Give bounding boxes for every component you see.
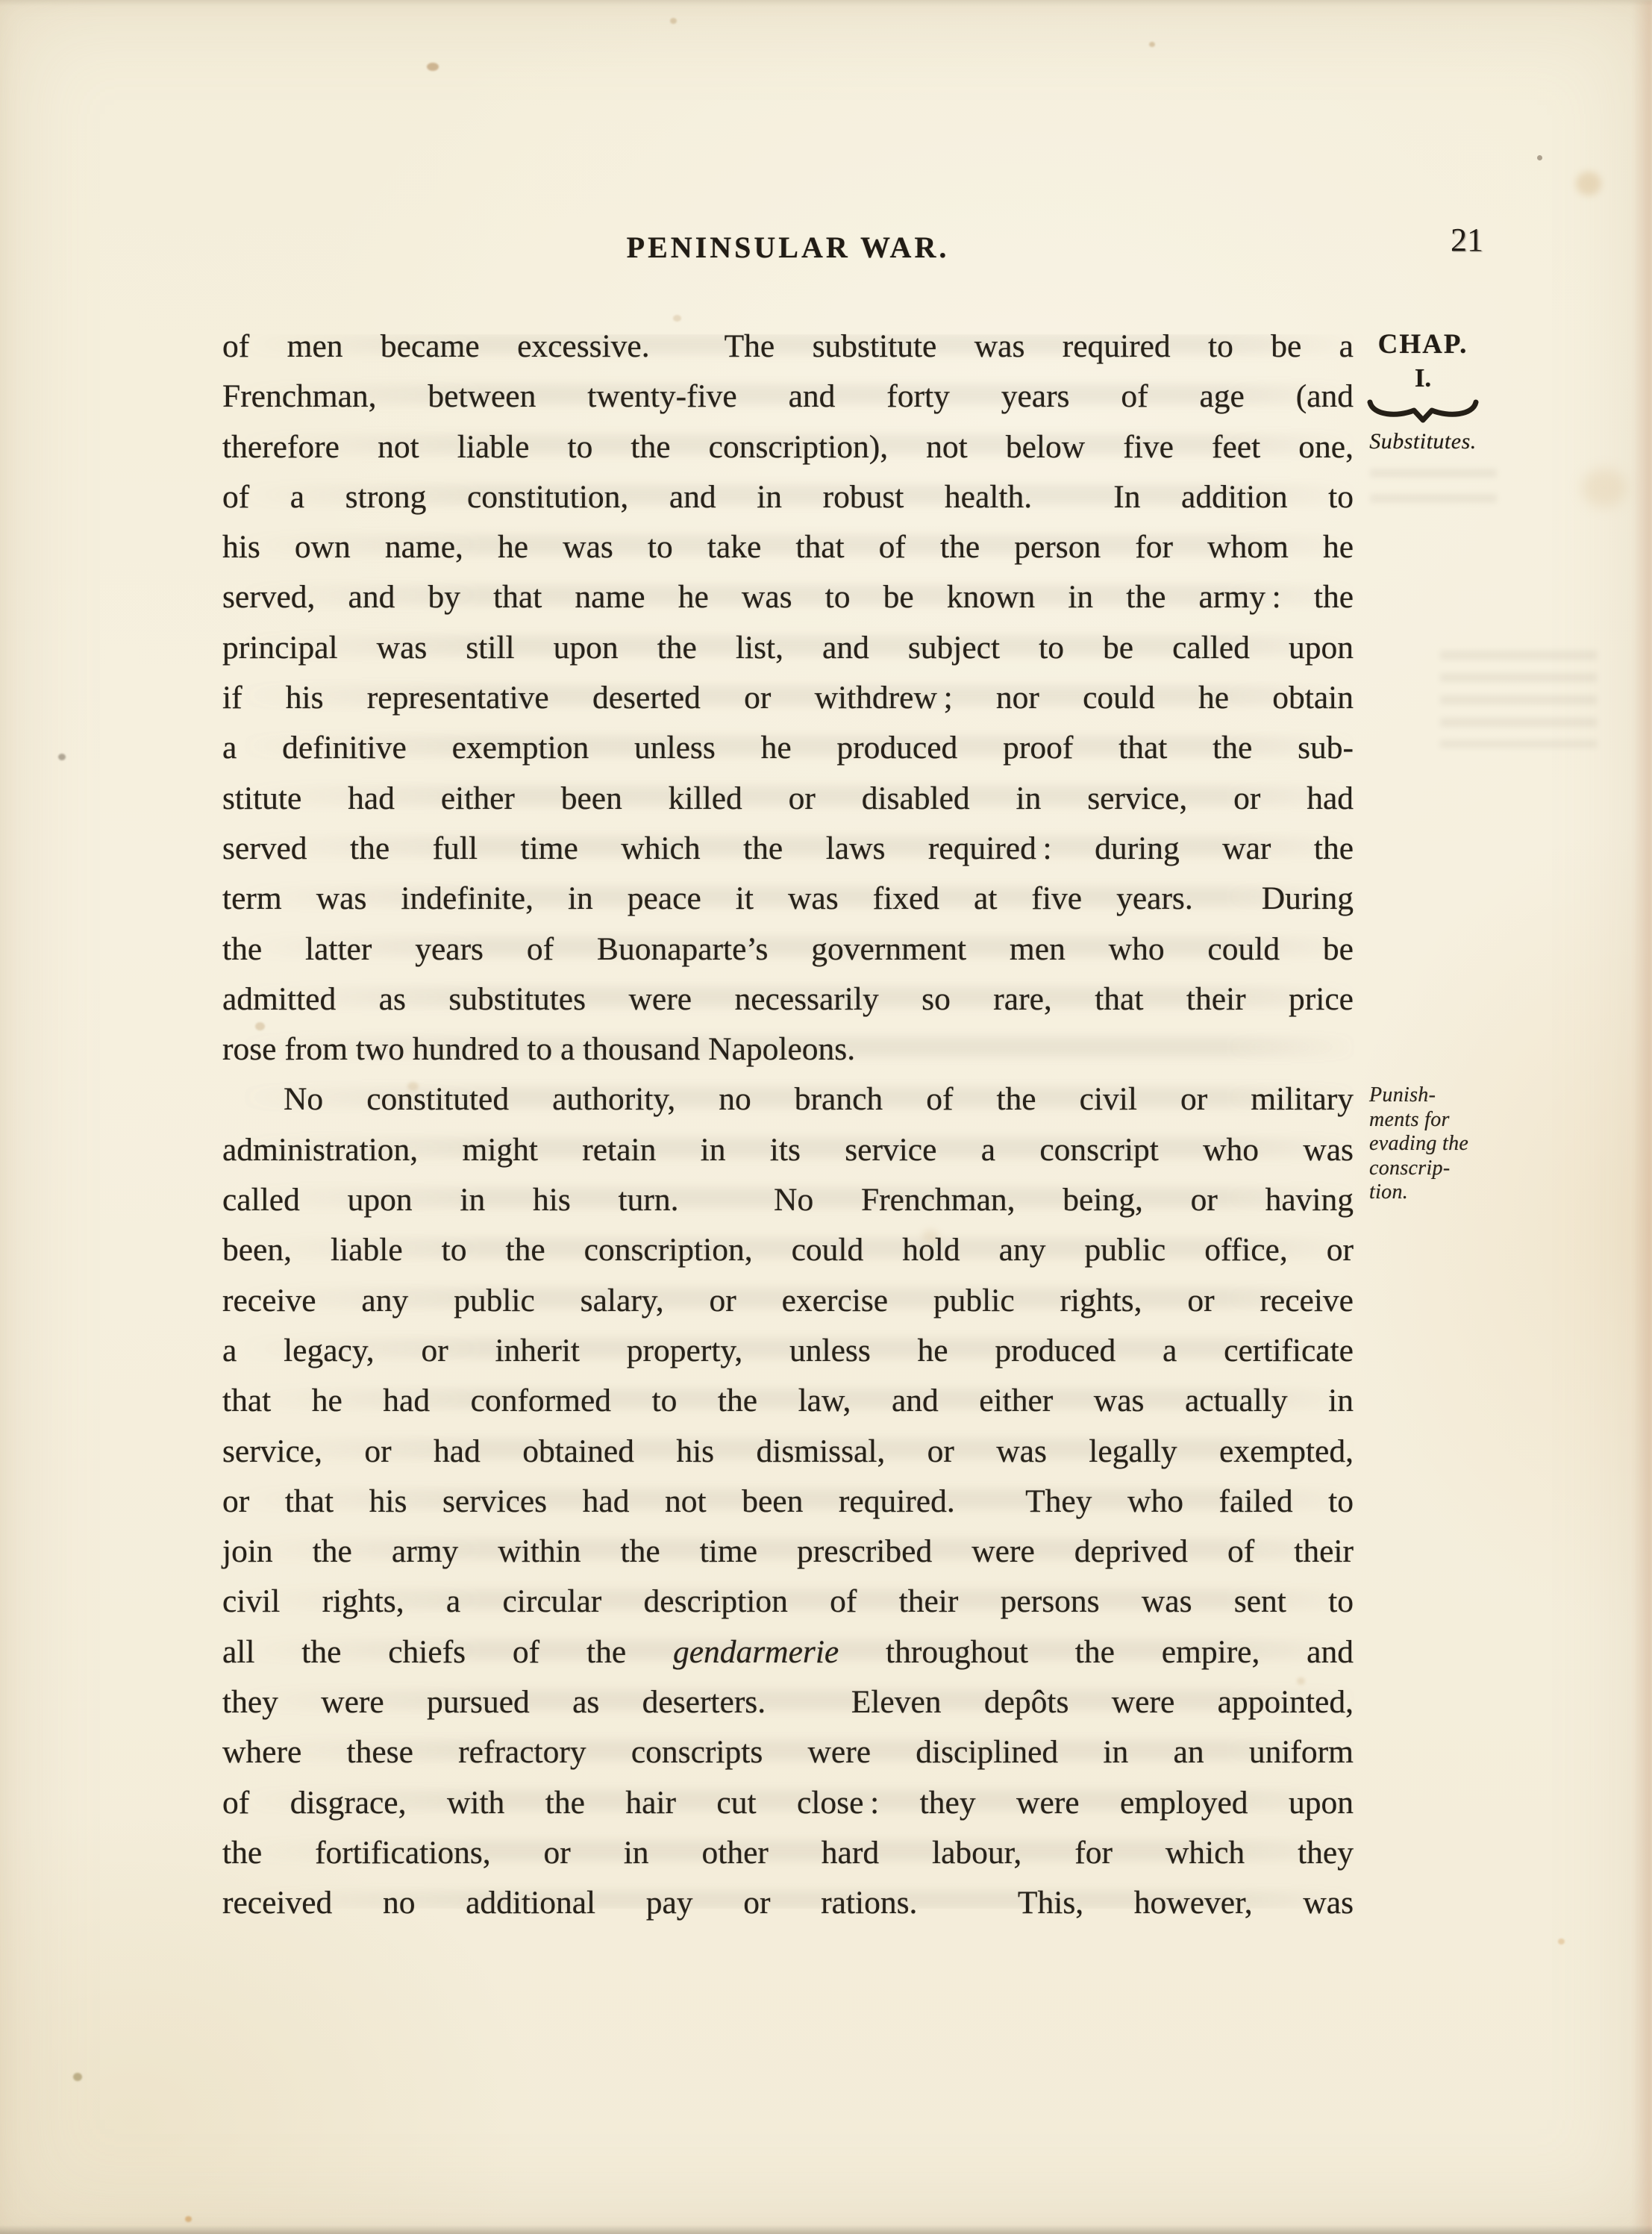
foxing-spot: [673, 315, 681, 322]
margin-note-line: tion.: [1369, 1180, 1593, 1205]
show-through-margin: [1440, 651, 1597, 748]
text-line: called upon in his turn. No Frenchman, b…: [222, 1175, 1354, 1225]
text-line: his own name, he was to take that of the…: [222, 522, 1354, 572]
punishments-note: Punish-ments forevading theconscrip-tion…: [1369, 1083, 1593, 1205]
chapter-margin-block: CHAP. I. Substitutes.: [1362, 331, 1483, 453]
foxing-spot: [427, 63, 439, 71]
text-line: they were pursued as deserters. Eleven d…: [222, 1677, 1354, 1727]
text-line: Frenchman, between twenty-five and forty…: [222, 372, 1354, 422]
text-line: join the army within the time prescribed…: [222, 1527, 1354, 1577]
margin-note-line: evading the: [1369, 1132, 1593, 1157]
text-line: term was indefinite, in peace it was fix…: [222, 874, 1354, 924]
margin-note-line: Punish-: [1369, 1083, 1593, 1108]
foxing-spot: [670, 18, 677, 24]
text-line: the latter years of Buonaparte’s governm…: [222, 924, 1354, 974]
chapter-label: CHAP.: [1362, 331, 1483, 358]
text-line: service, or had obtained his dismissal, …: [222, 1427, 1354, 1477]
foxing-spot: [1576, 172, 1601, 195]
text-line: the fortifications, or in other hard lab…: [222, 1828, 1354, 1878]
text-line: stitute had either been killed or disabl…: [222, 774, 1354, 824]
running-head-title: PENINSULAR WAR.: [222, 233, 1354, 263]
page-edge-top: [0, 0, 1652, 6]
text-line: been, liable to the conscription, could …: [222, 1225, 1354, 1275]
body-text: of men became excessive. The substitute …: [222, 322, 1354, 1929]
foxing-spot: [1537, 155, 1542, 160]
page-edge-right: [1633, 0, 1652, 2234]
page-edge-bottom: [0, 2225, 1652, 2234]
text-line: received no additional pay or rations. T…: [222, 1878, 1354, 1928]
foxing-spot: [73, 2073, 82, 2081]
text-line: or that his services had not been requir…: [222, 1477, 1354, 1527]
text-line: that he had conformed to the law, and ei…: [222, 1376, 1354, 1426]
text-line: a definitive exemption unless he produce…: [222, 723, 1354, 773]
text-line: admitted as substitutes were necessarily…: [222, 974, 1354, 1024]
text-line: therefore not liable to the conscription…: [222, 422, 1354, 472]
foxing-spot: [185, 2216, 192, 2222]
text-line: civil rights, a circular description of …: [222, 1577, 1354, 1627]
show-through-margin: [1370, 469, 1497, 518]
text-line: if his representative deserted or withdr…: [222, 673, 1354, 723]
foxing-spot: [58, 754, 66, 760]
text-line: of a strong constitution, and in robust …: [222, 472, 1354, 522]
chapter-numeral: I.: [1362, 365, 1483, 391]
text-line: rose from two hundred to a thousand Napo…: [222, 1024, 1354, 1074]
foxing-spot: [1582, 469, 1627, 507]
text-line: served, and by that name he was to be kn…: [222, 572, 1354, 622]
foxing-spot: [1558, 1939, 1565, 1944]
margin-note-line: ments for: [1369, 1108, 1593, 1133]
text-line: of men became excessive. The substitute …: [222, 322, 1354, 372]
text-line: a legacy, or inherit property, unless he…: [222, 1326, 1354, 1376]
text-line: No constituted authority, no branch of t…: [222, 1074, 1354, 1124]
text-line: administration, might retain in its serv…: [222, 1125, 1354, 1175]
substitutes-margin-note: Substitutes.: [1362, 431, 1483, 453]
text-line: of disgrace, with the hair cut close : t…: [222, 1778, 1354, 1828]
text-line: where these refractory conscripts were d…: [222, 1727, 1354, 1777]
foxing-spot: [1149, 42, 1155, 47]
book-page-scan: PENINSULAR WAR. 21 of men became excessi…: [0, 0, 1652, 2234]
page-number: 21: [1451, 224, 1483, 257]
brace-decoration: [1366, 398, 1480, 424]
margin-note-line: conscrip-: [1369, 1157, 1593, 1181]
text-line: principal was still upon the list, and s…: [222, 623, 1354, 673]
text-line: all the chiefs of the gendarmerie throug…: [222, 1627, 1354, 1677]
text-line: receive any public salary, or exercise p…: [222, 1276, 1354, 1326]
text-line: served the full time which the laws requ…: [222, 824, 1354, 874]
